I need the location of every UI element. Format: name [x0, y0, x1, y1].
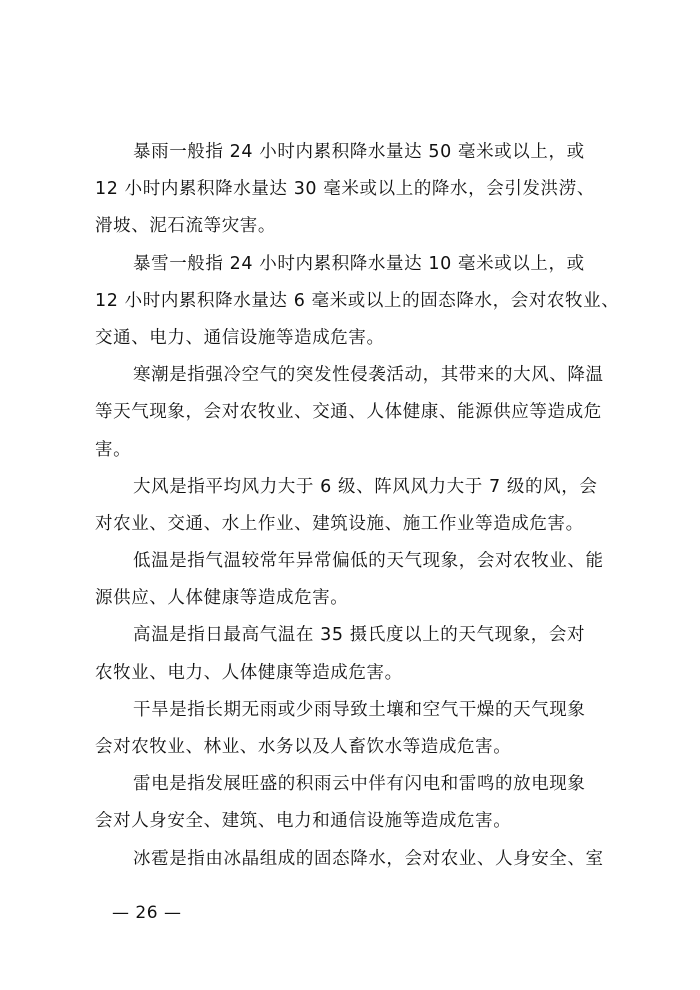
text-line: 寒潮是指强冷空气的突发性侵袭活动，其带来的大风、降温 [95, 360, 620, 397]
text-line: 低温是指气温较常年异常偏低的天气现象，会对农牧业、能 [95, 546, 620, 583]
paragraph-gale: 大风是指平均风力大于 6 级、阵风风力大于 7 级的风，会 对农业、交通、水上作… [95, 472, 620, 546]
paragraph-drought: 干旱是指长期无雨或少雨导致土壤和空气干燥的天气现象 会对农牧业、林业、水务以及人… [95, 695, 620, 769]
text-line: 12 小时内累积降水量达 6 毫米或以上的固态降水，会对农牧业、 [95, 286, 620, 323]
text-line: 干旱是指长期无雨或少雨导致土壤和空气干燥的天气现象 [95, 695, 620, 732]
document-page: 暴雨一般指 24 小时内累积降水量达 50 毫米或以上，或 12 小时内累积降水… [0, 0, 700, 990]
text-line: 源供应、人体健康等造成危害。 [95, 583, 620, 620]
text-line: 农牧业、电力、人体健康等造成危害。 [95, 658, 620, 695]
text-line: 大风是指平均风力大于 6 级、阵风风力大于 7 级的风，会 [95, 472, 620, 509]
text-line: 雷电是指发展旺盛的积雨云中伴有闪电和雷鸣的放电现象 [95, 769, 620, 806]
text-line: 会对农牧业、林业、水务以及人畜饮水等造成危害。 [95, 732, 620, 769]
text-line: 高温是指日最高气温在 35 摄氏度以上的天气现象，会对 [95, 620, 620, 657]
paragraph-rainstorm: 暴雨一般指 24 小时内累积降水量达 50 毫米或以上，或 12 小时内累积降水… [95, 137, 620, 249]
body-text: 暴雨一般指 24 小时内累积降水量达 50 毫米或以上，或 12 小时内累积降水… [95, 137, 620, 881]
text-line: 滑坡、泥石流等灾害。 [95, 211, 620, 248]
paragraph-lightning: 雷电是指发展旺盛的积雨云中伴有闪电和雷鸣的放电现象 会对人身安全、建筑、电力和通… [95, 769, 620, 843]
text-line: 等天气现象，会对农牧业、交通、人体健康、能源供应等造成危 [95, 397, 620, 434]
text-line: 12 小时内累积降水量达 30 毫米或以上的降水，会引发洪涝、 [95, 174, 620, 211]
paragraph-snowstorm: 暴雪一般指 24 小时内累积降水量达 10 毫米或以上，或 12 小时内累积降水… [95, 249, 620, 361]
paragraph-high-temperature: 高温是指日最高气温在 35 摄氏度以上的天气现象，会对 农牧业、电力、人体健康等… [95, 620, 620, 694]
paragraph-low-temperature: 低温是指气温较常年异常偏低的天气现象，会对农牧业、能 源供应、人体健康等造成危害… [95, 546, 620, 620]
text-line: 会对人身安全、建筑、电力和通信设施等造成危害。 [95, 806, 620, 843]
paragraph-hail: 冰雹是指由冰晶组成的固态降水，会对农业、人身安全、室 [95, 844, 620, 881]
text-line: 交通、电力、通信设施等造成危害。 [95, 323, 620, 360]
text-line: 对农业、交通、水上作业、建筑设施、施工作业等造成危害。 [95, 509, 620, 546]
text-line: 暴雪一般指 24 小时内累积降水量达 10 毫米或以上，或 [95, 249, 620, 286]
text-line: 害。 [95, 435, 620, 472]
page-number: — 26 — [112, 903, 181, 923]
text-line: 暴雨一般指 24 小时内累积降水量达 50 毫米或以上，或 [95, 137, 620, 174]
text-line: 冰雹是指由冰晶组成的固态降水，会对农业、人身安全、室 [95, 844, 620, 881]
paragraph-cold-wave: 寒潮是指强冷空气的突发性侵袭活动，其带来的大风、降温 等天气现象，会对农牧业、交… [95, 360, 620, 472]
